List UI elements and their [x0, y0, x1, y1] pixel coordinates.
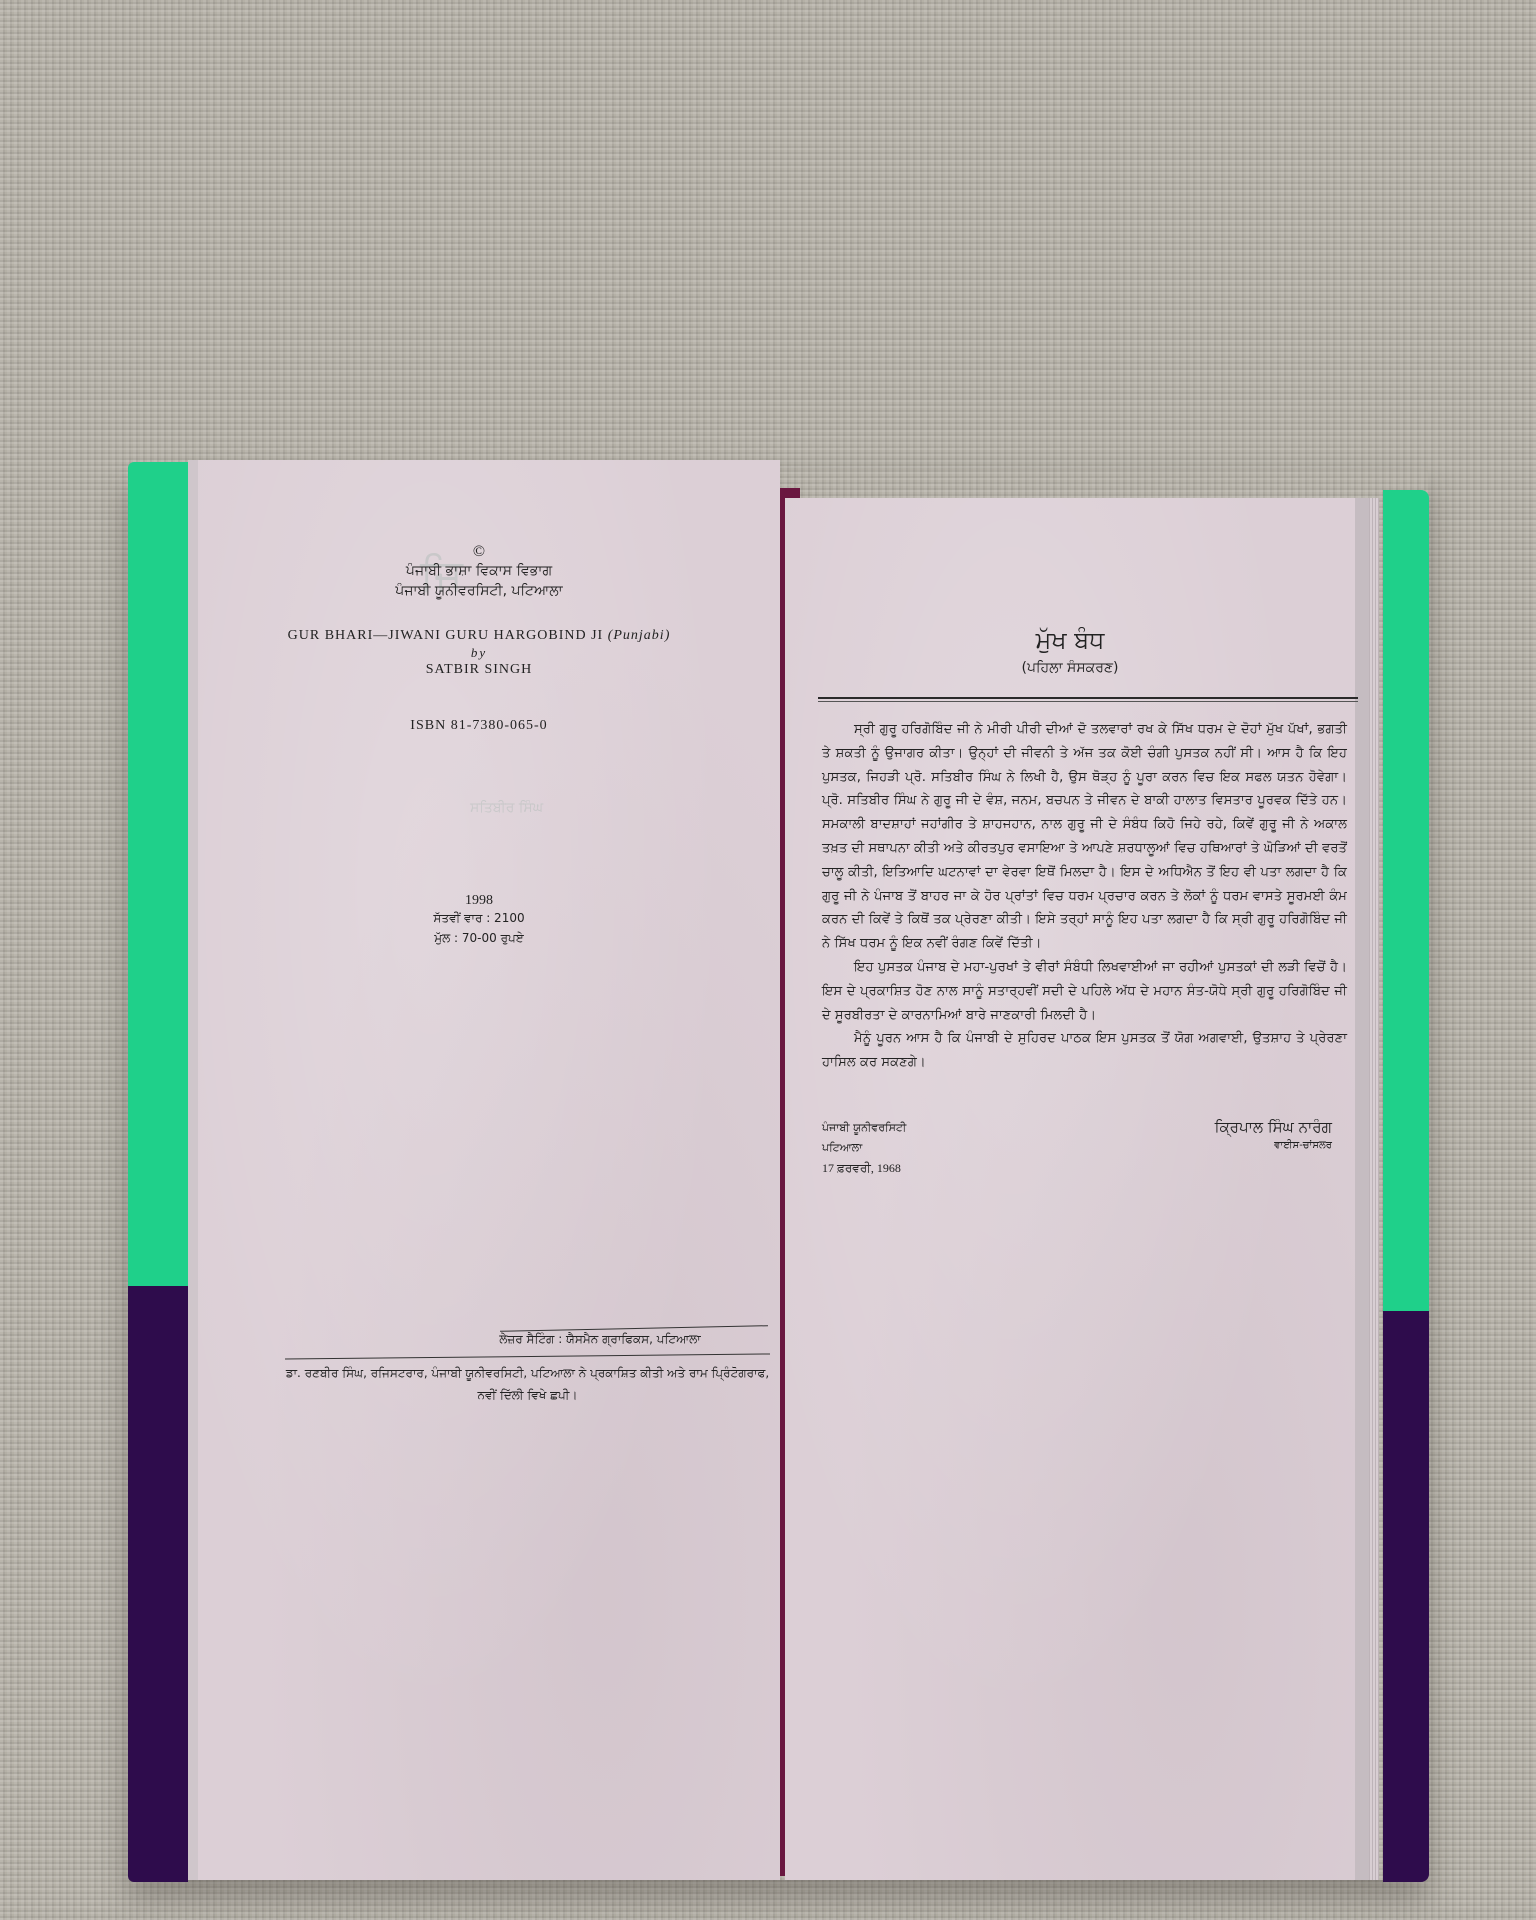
isbn: ISBN 81-7380-065-0: [188, 718, 770, 734]
divider: [818, 701, 1358, 702]
paragraph: ਸ੍ਰੀ ਗੁਰੂ ਹਰਿਗੋਬਿੰਦ ਜੀ ਨੇ ਮੀਰੀ ਪੀਰੀ ਦੀਆਂ…: [822, 718, 1347, 956]
author-name: SATBIR SINGH: [188, 662, 770, 678]
foreword-date: 17 ਫ਼ਰਵਰੀ, 1968: [822, 1158, 1022, 1178]
price: ਮੁੱਲ : 70-00 ਰੁਪਏ: [188, 931, 770, 946]
right-page: [785, 498, 1369, 1880]
copyright-symbol: ©: [188, 543, 770, 561]
publication-year: 1998: [188, 893, 770, 909]
right-cover-edge: [1383, 490, 1429, 1882]
show-through-text: ਸਤਿਬੀਰ ਸਿੰਘ: [470, 800, 543, 816]
signature-place-date: ਪੰਜਾਬੀ ਯੂਨੀਵਰਸਿਟੀ ਪਟਿਆਲਾ 17 ਫ਼ਰਵਰੀ, 1968: [822, 1118, 1022, 1178]
foreword-title: ਮੁੱਖ ਬੰਧ: [785, 626, 1355, 654]
book-language: (Punjabi): [608, 628, 671, 643]
publisher-department: ਪੰਜਾਬੀ ਭਾਸ਼ਾ ਵਿਕਾਸ ਵਿਭਾਗ: [188, 563, 770, 579]
printer-line-1: ਡਾ. ਰਣਬੀਰ ਸਿੰਘ, ਰਜਿਸਟਰਾਰ, ਪੰਜਾਬੀ ਯੂਨੀਵਰਸ…: [285, 1362, 770, 1384]
book-title: GUR BHARI—JIWANI GURU HARGOBIND JI: [288, 628, 604, 643]
printer-imprint: ਡਾ. ਰਣਬੀਰ ਸਿੰਘ, ਰਜਿਸਟਰਾਰ, ਪੰਜਾਬੀ ਯੂਨੀਵਰਸ…: [285, 1362, 770, 1406]
book-title-english: GUR BHARI—JIWANI GURU HARGOBIND JI (Punj…: [188, 628, 770, 644]
divider: [818, 697, 1358, 699]
cover-purple-band: [128, 1286, 188, 1882]
paragraph: ਮੈਨੂੰ ਪੂਰਨ ਆਸ ਹੈ ਕਿ ਪੰਜਾਬੀ ਦੇ ਸੁਹਿਰਦ ਪਾਠ…: [822, 1027, 1347, 1075]
cover-purple-band: [1383, 1311, 1429, 1882]
by-label: by: [188, 645, 770, 661]
place-city: ਪਟਿਆਲਾ: [822, 1138, 1022, 1158]
cover-green-band: [1383, 490, 1429, 1311]
signatory-name: ਕ੍ਰਿਪਾਲ ਸਿੰਘ ਨਾਰੰਗ: [1100, 1118, 1332, 1136]
foreword-subtitle: (ਪਹਿਲਾ ਸੰਸਕਰਣ): [785, 660, 1355, 676]
left-cover-edge: [128, 462, 188, 1882]
signatory-role: ਵਾਈਸ-ਚਾਂਸਲਰ: [1100, 1140, 1332, 1151]
cover-green-band: [128, 462, 188, 1286]
place-university: ਪੰਜਾਬੀ ਯੂਨੀਵਰਸਿਟੀ: [822, 1118, 1022, 1138]
laser-setting-credit: ਲੇਜ਼ਰ ਸੈਟਿੰਗ : ਯੈਸਮੈਨ ਗ੍ਰਾਫਿਕਸ, ਪਟਿਆਲਾ: [430, 1332, 770, 1347]
edition-print-run: ਸੱਤਵੀਂ ਵਾਰ : 2100: [188, 911, 770, 926]
publisher-university: ਪੰਜਾਬੀ ਯੂਨੀਵਰਸਿਟੀ, ਪਟਿਆਲਾ: [188, 583, 770, 599]
paragraph: ਇਹ ਪੁਸਤਕ ਪੰਜਾਬ ਦੇ ਮਹਾ-ਪੁਰਖਾਂ ਤੇ ਵੀਰਾਂ ਸੰ…: [822, 956, 1347, 1027]
foreword-body: ਸ੍ਰੀ ਗੁਰੂ ਹਰਿਗੋਬਿੰਦ ਜੀ ਨੇ ਮੀਰੀ ਪੀਰੀ ਦੀਆਂ…: [822, 718, 1347, 1075]
printer-line-2: ਨਵੀਂ ਦਿੱਲੀ ਵਿਖੇ ਛਪੀ।: [285, 1384, 770, 1406]
